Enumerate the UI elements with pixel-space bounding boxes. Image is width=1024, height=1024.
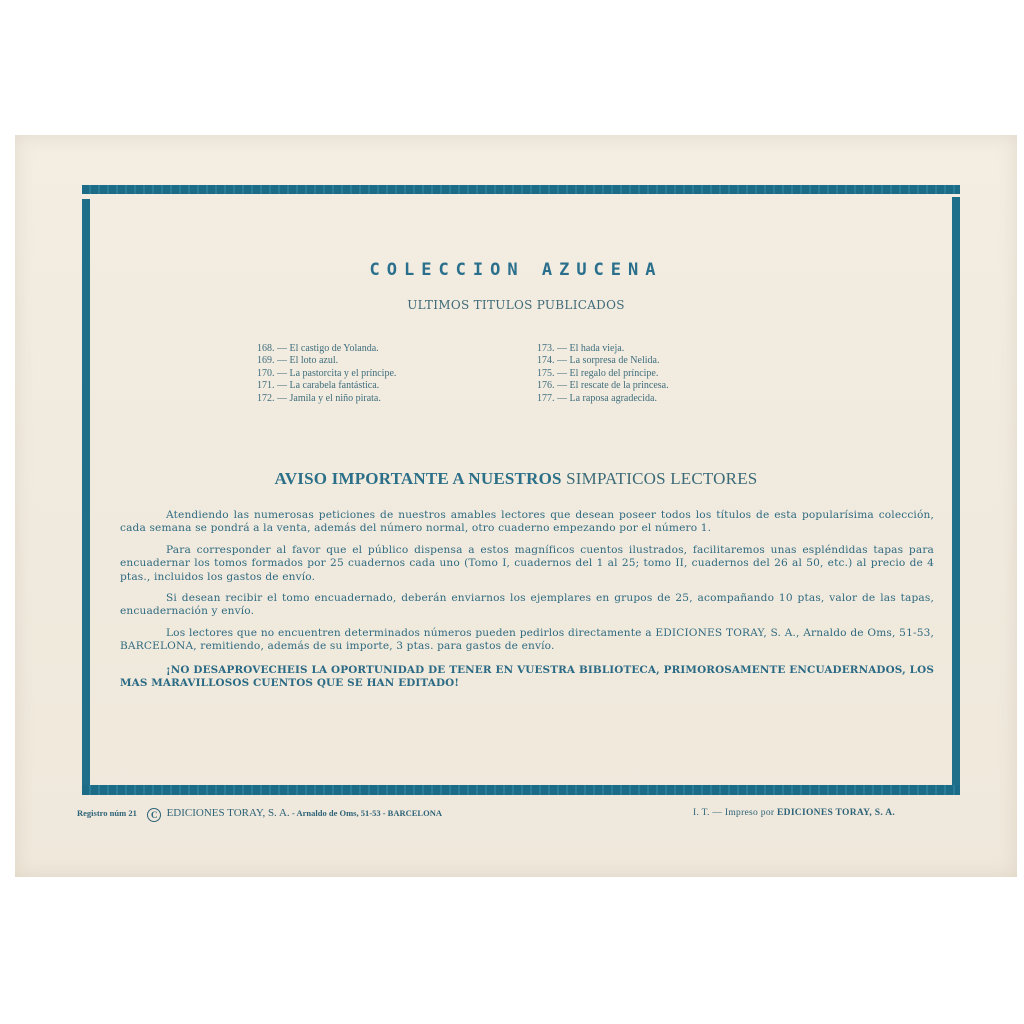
title-name: El hada vieja. [570,343,625,354]
title-separator: — [555,343,570,354]
title-list-item: 169. — El loto azul. [257,355,396,367]
notice-paragraph: Si desean recibir el tomo encuadernado, … [120,592,934,619]
title-separator: — [555,368,570,379]
publisher-name: EDICIONES TORAY, S. A. [167,807,290,819]
footer-imprint: Registro núm 21 C EDICIONES TORAY, S. A.… [77,807,442,822]
notice-paragraph: Atendiendo las numerosas peticiones de n… [120,509,934,536]
title-separator: — [275,368,290,379]
title-separator: — [555,355,570,366]
title-list-item: 174. — La sorpresa de Nelida. [537,355,669,367]
title-number: 171. [257,380,275,391]
title-number: 177. [537,393,555,404]
title-name: El castigo de Yolanda. [290,343,379,354]
printer-prefix: I. T. — Impreso por [693,808,777,818]
collection-title: COLECCION AZUCENA [15,260,1017,280]
title-list-item: 177. — La raposa agradecida. [537,393,669,405]
border-bottom [82,785,960,795]
titles-list-right: 173. — El hada vieja.174. — La sorpresa … [537,343,669,405]
title-name: La pastorcita y el príncipe. [290,368,397,379]
title-list-item: 170. — La pastorcita y el príncipe. [257,368,396,380]
title-number: 175. [537,368,555,379]
copyright-icon: C [147,808,161,822]
border-left [82,199,90,789]
publisher-address: - Arnaldo de Oms, 51-53 - BARCELONA [292,808,442,818]
border-top [82,185,960,194]
notice-paragraph: Los lectores que no encuentren determina… [120,627,934,654]
closing-exhortation: ¡NO DESAPROVECHEIS LA OPORTUNIDAD DE TEN… [120,664,934,691]
notice-paragraph: Para corresponder al favor que el públic… [120,544,934,584]
title-number: 170. [257,368,275,379]
title-name: El regalo del príncipe. [570,368,659,379]
title-list-item: 173. — El hada vieja. [537,343,669,355]
title-name: El loto azul. [290,355,339,366]
title-separator: — [275,343,290,354]
title-name: La carabela fantástica. [290,380,380,391]
title-list-item: 171. — La carabela fantástica. [257,380,396,392]
title-number: 173. [537,343,555,354]
title-separator: — [275,380,290,391]
titles-list-left: 168. — El castigo de Yolanda.169. — El l… [257,343,396,405]
title-number: 169. [257,355,275,366]
printer-credit: I. T. — Impreso por EDICIONES TORAY, S. … [693,808,895,818]
title-name: Jamila y el niño pirata. [290,393,381,404]
printer-name: EDICIONES TORAY, S. A. [777,808,895,818]
notice-heading: AVISO IMPORTANTE A NUESTROS SIMPATICOS L… [15,469,1017,489]
title-separator: — [275,393,290,404]
title-separator: — [555,393,570,404]
title-list-item: 172. — Jamila y el niño pirata. [257,393,396,405]
notice-body: Atendiendo las numerosas peticiones de n… [120,509,934,698]
title-separator: — [275,355,290,366]
title-number: 168. [257,343,275,354]
notice-heading-bold: AVISO IMPORTANTE A NUESTROS [275,469,562,488]
title-list-item: 176. — El rescate de la princesa. [537,380,669,392]
title-list-item: 168. — El castigo de Yolanda. [257,343,396,355]
title-name: El rescate de la princesa. [570,380,669,391]
title-number: 174. [537,355,555,366]
comic-back-cover: COLECCION AZUCENA ULTIMOS TITULOS PUBLIC… [15,135,1017,877]
registration-number: Registro núm 21 [77,808,137,818]
title-number: 176. [537,380,555,391]
latest-titles-heading: ULTIMOS TITULOS PUBLICADOS [15,298,1017,312]
title-name: La raposa agradecida. [570,393,657,404]
title-list-item: 175. — El regalo del príncipe. [537,368,669,380]
border-right [952,197,960,787]
title-number: 172. [257,393,275,404]
title-name: La sorpresa de Nelida. [570,355,660,366]
title-separator: — [555,380,570,391]
notice-heading-light: SIMPATICOS LECTORES [562,469,758,488]
